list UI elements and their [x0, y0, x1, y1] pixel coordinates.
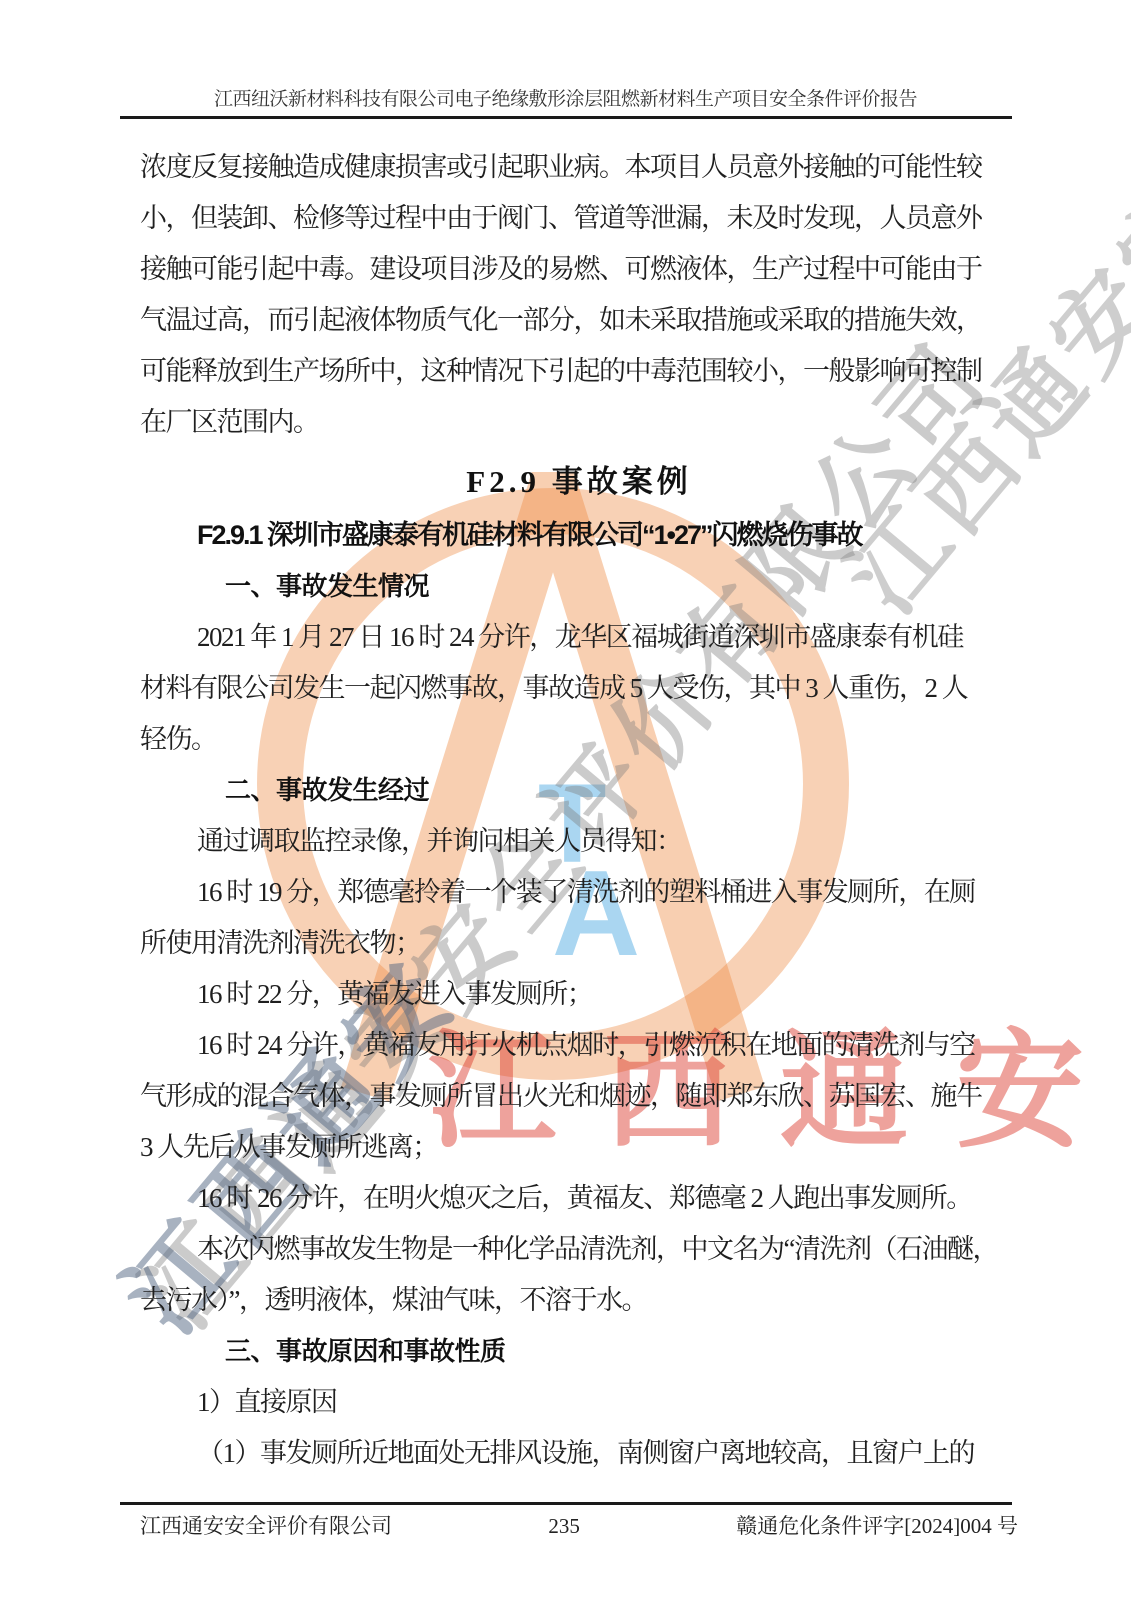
- footer-document-number: 赣通危化条件评字[2024]004 号: [736, 1510, 1018, 1540]
- document-line: 材料有限公司发生一起闪燃事故，事故造成 5 人受伤，其中 3 人重伤，2 人: [140, 663, 1018, 714]
- document-line: 三、事故原因和事故性质: [140, 1326, 1018, 1377]
- footer-company-name: 江西通安安全评价有限公司: [140, 1510, 392, 1540]
- page-header-title: 江西纽沃新材料科技有限公司电子绝缘敷形涂层阻燃新材料生产项目安全条件评价报告: [0, 84, 1131, 111]
- document-line: 一、事故发生情况: [140, 561, 1018, 612]
- document-line: 1）直接原因: [140, 1377, 1018, 1428]
- document-line: 16 时 26 分许，在明火熄灭之后，黄福友、郑德毫 2 人跑出事发厕所。: [140, 1173, 1018, 1224]
- page-footer: 江西通安安全评价有限公司 235 赣通危化条件评字[2024]004 号: [140, 1510, 1018, 1540]
- document-line: 通过调取监控录像，并询问相关人员得知：: [140, 816, 1018, 867]
- document-body: 浓度反复接触造成健康损害或引起职业病。本项目人员意外接触的可能性较小，但装卸、检…: [140, 142, 1018, 1479]
- document-line: 本次闪燃事故发生物是一种化学品清洗剂，中文名为“清洗剂（石油醚，: [140, 1224, 1018, 1275]
- document-line: 所使用清洗剂清洗衣物；: [140, 918, 1018, 969]
- document-line: F2.9.1 深圳市盛康泰有机硅材料有限公司“1•27”闪燃烧伤事故: [140, 510, 1018, 561]
- footer-page-number: 235: [548, 1514, 580, 1539]
- document-line: 16 时 24 分许，黄福友用打火机点烟时，引燃沉积在地面的清洗剂与空: [140, 1020, 1018, 1071]
- header-rule: [120, 116, 1012, 119]
- document-line: 轻伤。: [140, 714, 1018, 765]
- document-line: 接触可能引起中毒。建设项目涉及的易燃、可燃液体，生产过程中可能由于: [140, 244, 1018, 295]
- document-line: 在厂区范围内。: [140, 397, 1018, 448]
- document-line: 二、事故发生经过: [140, 765, 1018, 816]
- document-line: 16 时 22 分，黄福友进入事发厕所；: [140, 969, 1018, 1020]
- document-line: 气形成的混合气体，事发厕所冒出火光和烟迹，随即郑东欣、苏国宏、施牛: [140, 1071, 1018, 1122]
- document-line: 可能释放到生产场所中，这种情况下引起的中毒范围较小，一般影响可控制: [140, 346, 1018, 397]
- document-line: 16 时 19 分，郑德毫拎着一个装了清洗剂的塑料桶进入事发厕所，在厕: [140, 867, 1018, 918]
- document-line: 小，但装卸、检修等过程中由于阀门、管道等泄漏，未及时发现，人员意外: [140, 193, 1018, 244]
- document-line: 去污水）”，透明液体，煤油气味，不溶于水。: [140, 1275, 1018, 1326]
- document-page: T A 江西通安安全评价有限公司 江西通安安全评价有限公司 江西通安 江西通安 …: [0, 0, 1131, 1600]
- footer-rule: [120, 1502, 1012, 1505]
- document-line: 气温过高，而引起液体物质气化一部分，如未采取措施或采取的措施失效，: [140, 295, 1018, 346]
- document-line: 浓度反复接触造成健康损害或引起职业病。本项目人员意外接触的可能性较: [140, 142, 1018, 193]
- document-line: 3 人先后从事发厕所逃离；: [140, 1122, 1018, 1173]
- document-line: F2.9 事故案例: [140, 454, 1018, 510]
- document-line: 2021 年 1 月 27 日 16 时 24 分许，龙华区福城街道深圳市盛康泰…: [140, 612, 1018, 663]
- document-line: （1）事发厕所近地面处无排风设施，南侧窗户离地较高，且窗户上的: [140, 1428, 1018, 1479]
